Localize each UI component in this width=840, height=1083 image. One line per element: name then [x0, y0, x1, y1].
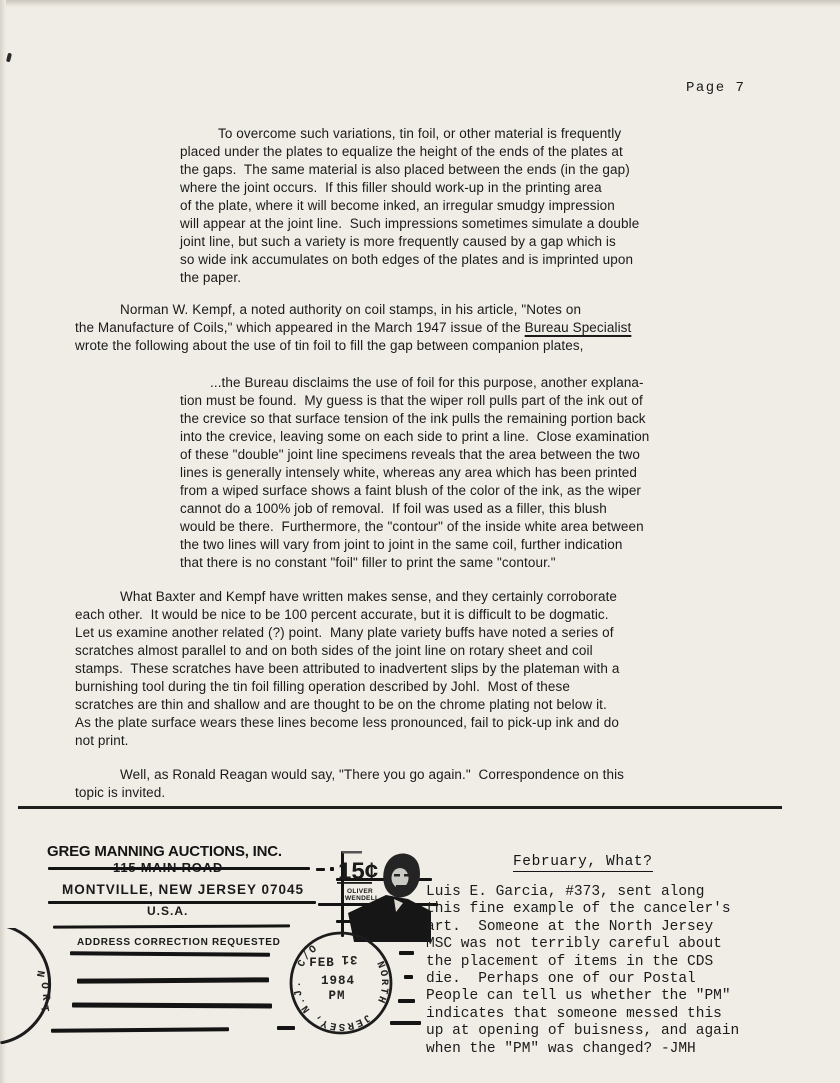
envelope-company-name: GREG MANNING AUCTIONS, INC.	[47, 843, 282, 860]
postmark-year: 1984	[321, 974, 355, 988]
column-heading: February, What?	[513, 854, 653, 872]
ink-speck	[6, 53, 12, 63]
redaction-bar	[70, 951, 270, 956]
publication-title: Bureau Specialist	[525, 320, 632, 335]
paragraph-baxter-kempf: What Baxter and Kempf have written makes…	[75, 588, 805, 750]
cancel-bar	[48, 901, 316, 904]
blockquote-kempf: ...the Bureau disclaims the use of foil …	[180, 374, 780, 572]
partial-postmark-letter: R	[39, 994, 51, 1001]
postmark-time: PM	[328, 989, 345, 1003]
page-number: Page 7	[686, 80, 745, 96]
paper-edge-top	[0, 0, 840, 7]
column-body: Luis E. Garcia, #373, sent along this fi…	[426, 884, 756, 1058]
envelope-address-city: MONTVILLE, NEW JERSEY 07045	[62, 882, 304, 897]
partial-postmark-letter: O	[38, 982, 50, 990]
stamp-top-smudge	[342, 851, 362, 854]
redaction-bar	[72, 1002, 272, 1008]
cancel-bar	[48, 867, 310, 870]
cds-postmark: NORTH JERSEY, N.J. C/O FEB 31 1984 PM	[281, 926, 403, 1042]
stamp-name-line1: OLIVER	[347, 888, 373, 895]
paragraph-tin-foil: To overcome such variations, tin foil, o…	[180, 125, 760, 287]
address-correction-notice: ADDRESS CORRECTION REQUESTED	[77, 937, 281, 948]
paragraph-reagan-closing: Well, as Ronald Reagan would say, "There…	[75, 766, 805, 802]
partial-postmark-letter: N	[33, 969, 46, 978]
postmark-month: FEB	[309, 956, 335, 970]
redaction-bar	[51, 1027, 229, 1033]
partial-postmark-letter: T	[37, 1005, 50, 1014]
separator-line	[18, 806, 782, 809]
postmark-day-inverted: 31	[340, 952, 357, 966]
column-heading-wrap: February, What?	[513, 852, 653, 870]
envelope-address-country: U.S.A.	[147, 904, 188, 918]
svg-text:N.J.: N.J.	[292, 979, 313, 1015]
cancel-bar	[53, 924, 290, 928]
kempf-intro-text: Norman W. Kempf, a noted authority on co…	[75, 302, 581, 335]
redaction-bar	[77, 977, 269, 983]
cancel-killer-dash	[404, 975, 413, 979]
paper-edge-left	[0, 0, 6, 1083]
postmark-ring-nj: N.J.	[292, 979, 313, 1015]
partial-postmark: N O R T	[0, 928, 54, 1044]
kempf-intro-text-end: wrote the following about the use of tin…	[75, 338, 584, 353]
cancel-dash	[316, 868, 325, 871]
newsletter-page: { "page": {"number_label": "Page 7"}, "a…	[0, 0, 840, 1083]
stamp-denomination: 15¢	[338, 858, 378, 885]
paragraph-kempf-intro: Norman W. Kempf, a noted authority on co…	[75, 301, 795, 355]
